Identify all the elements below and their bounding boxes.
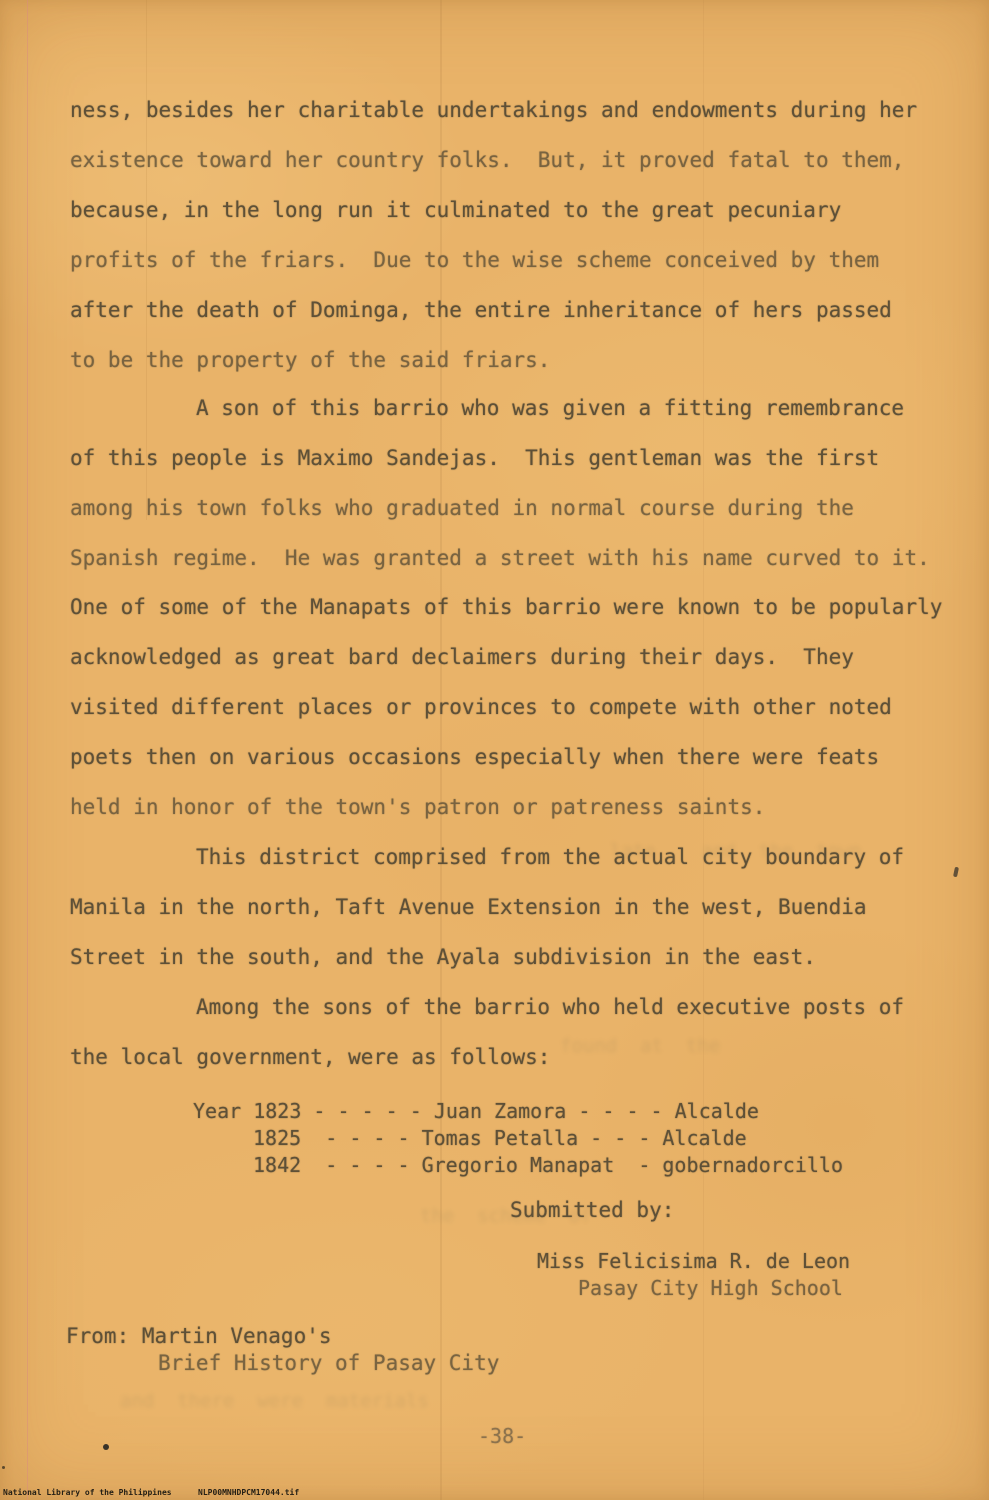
- margin-line: [27, 0, 28, 1500]
- typewritten-line: after the death of Dominga, the entire i…: [70, 298, 892, 322]
- source-from-line: From: Martin Venago's: [66, 1324, 332, 1348]
- typewritten-line: among his town folks who graduated in no…: [70, 496, 854, 520]
- typewritten-line: Spanish regime. He was granted a street …: [70, 546, 930, 570]
- typewritten-line: to be the property of the said friars.: [70, 348, 550, 372]
- scanned-page: ness, besides her charitable undertaking…: [0, 0, 989, 1500]
- typewritten-line: existence toward her country folks. But,…: [70, 148, 904, 172]
- official-list-row: 1842 - - - - Gregorio Manapat - gobernad…: [253, 1153, 843, 1177]
- typewritten-line: Manila in the north, Taft Avenue Extensi…: [70, 895, 867, 919]
- typewritten-line: poets then on various occasions especial…: [70, 745, 879, 769]
- typewritten-line: acknowledged as great bard declaimers du…: [70, 645, 854, 669]
- typewritten-line: held in honor of the town's patron or pa…: [70, 795, 765, 819]
- typewritten-line: because, in the long run it culminated t…: [70, 198, 841, 222]
- bleedthrough-text: found at the: [560, 1035, 720, 1057]
- source-title-line: Brief History of Pasay City: [158, 1351, 499, 1375]
- library-watermark-label: National Library of the Philippines: [3, 1488, 172, 1498]
- typewritten-line: Among the sons of the barrio who held ex…: [196, 995, 904, 1019]
- ink-speck: [2, 1466, 5, 1469]
- scan-caption-bar: National Library of the Philippines NLP0…: [0, 1486, 989, 1500]
- bleedthrough-text: the scheme of: [420, 1205, 592, 1227]
- bleedthrough-text: late and the town: [610, 840, 862, 862]
- submitter-school: Pasay City High School: [578, 1276, 843, 1300]
- typewritten-line: A son of this barrio who was given a fit…: [196, 396, 904, 420]
- typewritten-line: One of some of the Manapats of this barr…: [70, 595, 942, 619]
- page-number: -38-: [478, 1424, 526, 1448]
- official-list-row: 1825 - - - - Tomas Petalla - - - Alcalde: [253, 1126, 747, 1150]
- scan-filename-label: NLP00MNHDPCM17044.tif: [198, 1488, 299, 1498]
- typewritten-line: profits of the friars. Due to the wise s…: [70, 248, 879, 272]
- typewritten-line: visited different places or provinces to…: [70, 695, 892, 719]
- submitter-name: Miss Felicisima R. de Leon: [537, 1249, 850, 1273]
- typewritten-line: Street in the south, and the Ayala subdi…: [70, 945, 816, 969]
- bleedthrough-text: and there were materials: [120, 1390, 429, 1412]
- ink-speck: [103, 1444, 109, 1450]
- typewritten-line: of this people is Maximo Sandejas. This …: [70, 446, 879, 470]
- typewritten-line: ness, besides her charitable undertaking…: [70, 98, 917, 122]
- official-list-row: Year 1823 - - - - - Juan Zamora - - - - …: [193, 1099, 759, 1123]
- typewritten-line: the local government, were as follows:: [70, 1045, 550, 1069]
- ink-speck: [953, 867, 959, 878]
